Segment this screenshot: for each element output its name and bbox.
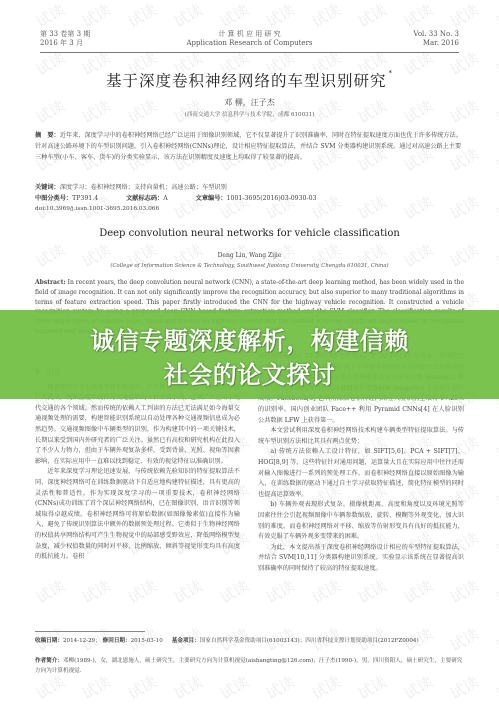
abstract-cn: 摘 要：近年来，深度学习中的卷积神经网络已经广泛运用于图像识别领域，它不仅显著提… — [35, 130, 464, 163]
running-header: 第 33 卷第 3 期 2016 年 3 月 计 算 机 应 用 研 究 App… — [40, 30, 459, 54]
banner-title-line2: 社会的论文探讨 — [0, 358, 499, 392]
received-label: 收稿日期： — [35, 638, 63, 644]
classification-info: 中图分类号：TP391.4 文献标志码：A 文章编号：1001-3695(201… — [35, 193, 464, 204]
body-paragraph: a) 传统方法依赖人工设计特征，如 SIFT[5,6]、PCA + SIFT[7… — [258, 447, 464, 500]
clc-value: TP391.4 — [72, 195, 98, 202]
abstract-cn-text: 近年来，深度学习中的卷积神经网络已经广泛运用于图像识别领域，它不仅显著提升了识别… — [35, 132, 462, 161]
footnote-dates-fund: 收稿日期：2014-12-29； 修回日期：2015-03-10 基金项目：国家… — [35, 636, 464, 646]
volume-issue-en: Vol. 33 No. 3 — [413, 30, 459, 39]
affiliation-en: (College of Information Science & Techno… — [0, 263, 499, 269]
bio-text: 邓柳(1989-)，女，湖北恩施人，硕士研究生，主要研究方向为计算机视觉(ais… — [35, 658, 462, 674]
date-en: Mar. 2016 — [413, 39, 459, 48]
promo-overlay-banner: 诚信专题深度解析，构建信赖 社会的论文探讨 — [0, 310, 499, 399]
paper-title-en: Deep convolution neural networks for veh… — [0, 228, 499, 239]
banner-title-line1: 诚信专题深度解析，构建信赖 — [0, 324, 499, 358]
journal-name: 计 算 机 应 用 研 究 Application Research of Co… — [40, 30, 459, 48]
bio-label: 作者简介： — [35, 658, 63, 664]
clc-label: 中图分类号： — [35, 195, 72, 202]
journal-name-en: Application Research of Computers — [40, 39, 459, 48]
revised-label: 修回日期： — [103, 638, 131, 644]
body-paragraph: 本文尝试利用深度卷积神经网络技术构建车辆类型特征提取算法。与传统车型识别方法相比… — [258, 426, 464, 447]
article-no-field: 文章编号：1001-3695(2016)03-0930-03 — [196, 195, 317, 202]
fund-label: 基金项目： — [172, 638, 200, 644]
title-footnote-mark: * — [389, 69, 394, 77]
doc-code-field: 文献标志码：A — [126, 195, 168, 202]
received-date: 2014-12-29； — [63, 638, 101, 644]
abstract-en-label: Abstract: — [35, 279, 66, 286]
authors-en: Deng Liu, Wang Zijie — [0, 252, 499, 259]
article-no-label: 文章编号： — [196, 195, 227, 202]
fund-text: 国家自然科学基金资助项目(61003143)；四川省科技支撑计划资助项目(201… — [200, 638, 419, 644]
body-paragraph: 为此，本文提出基于深度卷积神经网络设计相应的车型特征提取算法，并结合 SVM[1… — [258, 543, 464, 575]
body-paragraph: b) 车辆外观表现形式复杂。摄像机距离、高度和角度以及环境光照等因素往往会引起视… — [258, 500, 464, 542]
abstract-cn-label: 摘 要： — [35, 132, 60, 139]
body-paragraph: 近年来深度学习理论迅速发展，与传统依赖先验知识的特征提取算法不同，深度神经网络可… — [35, 467, 240, 562]
journal-name-cn: 计 算 机 应 用 研 究 — [40, 30, 459, 39]
doc-code-label: 文献标志码： — [126, 195, 163, 202]
clc-field: 中图分类号：TP391.4 — [35, 195, 98, 202]
keywords-text: 深度学习；卷积神经网络；支持向量机；高速公路；车型识别 — [60, 184, 227, 191]
doi: doi:10.3969/j.issn.1001-3695.2016.03.066 — [35, 204, 464, 215]
doc-code-value: A — [163, 195, 167, 202]
authors-cn: 邓 柳，汪子杰 — [0, 97, 499, 108]
paper-title-cn: 基于深度卷积神经网络的车型识别研究* — [0, 69, 499, 91]
keywords-label: 关键词： — [35, 184, 60, 191]
revised-date: 2015-03-10 — [131, 638, 163, 644]
title-text: 基于深度卷积神经网络的车型识别研究 — [106, 72, 387, 90]
footnote-divider — [35, 631, 145, 632]
footnote-author-bio: 作者简介：邓柳(1989-)，女，湖北恩施人，硕士研究生，主要研究方向为计算机视… — [35, 656, 464, 676]
header-divider — [40, 52, 459, 53]
keywords: 关键词：深度学习；卷积神经网络；支持向量机；高速公路；车型识别 — [35, 182, 464, 193]
article-no-value: 1001-3695(2016)03-0930-03 — [227, 195, 317, 202]
issue-info-en: Vol. 33 No. 3 Mar. 2016 — [413, 30, 459, 48]
affiliation-cn: (西南交通大学 信息科学与技术学院，成都 610031) — [0, 110, 499, 118]
